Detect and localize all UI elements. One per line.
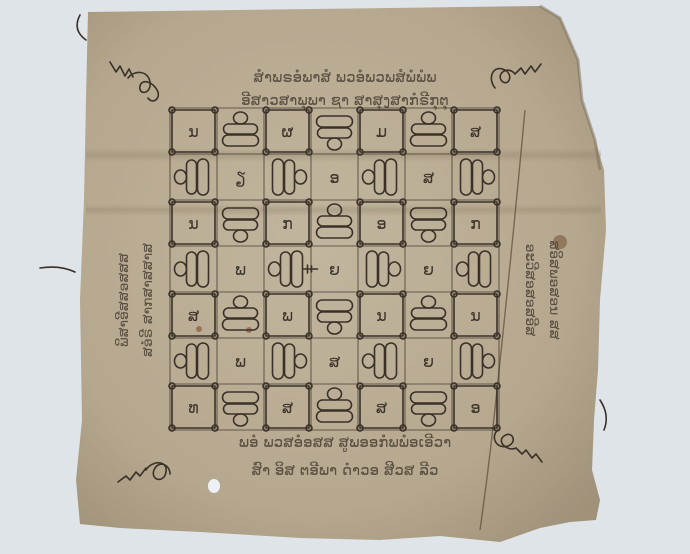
grid-cell-r1-c3: ອ — [329, 168, 339, 187]
cell-glyph: ສ — [282, 398, 294, 417]
top-text-line-2: ອີສາວສາພຸພາ ຊາ ສາສຸງສາກໍຣີກຸຕຸ — [241, 91, 449, 111]
cell-glyph: ອ — [329, 168, 339, 187]
cell-glyph: ອ — [376, 214, 386, 233]
right-text-line-2: ສອິສພອສອນ ສສ — [546, 240, 563, 339]
left-text-line-2: ສອໍຣີ ສາກສາສສາສ — [139, 243, 156, 357]
cell-glyph: ນ — [470, 306, 481, 325]
cell-glyph: ອ — [470, 398, 480, 417]
cell-glyph: ນ — [376, 306, 387, 325]
yantra-photo: ນຜມສຽອສນກອກພຍຍສພນນພສຍທສສອ ສໍາພຣອໍພາສໍ ພວ… — [0, 0, 690, 554]
cell-glyph: ສ — [470, 122, 482, 141]
cell-glyph: ພ — [235, 352, 246, 371]
cell-glyph: ມ — [376, 122, 387, 141]
grid-cell-r5-c1: ພ — [235, 352, 246, 371]
cell-glyph: ຍ — [329, 260, 340, 279]
grid-cell-r1-c5: ສ — [423, 168, 435, 187]
cell-glyph: ພ — [282, 306, 293, 325]
bottom-text-line-2: ສົາ ອິສ ຕອີພາ ດໍາວອ ສີວສ ລີວ — [252, 461, 439, 479]
cell-glyph: ສ — [188, 306, 200, 325]
cell-glyph: ທ — [188, 398, 198, 417]
cell-glyph: ກ — [282, 214, 293, 233]
cell-glyph: ກ — [470, 214, 481, 233]
cell-glyph: ນ — [188, 214, 199, 233]
cell-glyph: ພ — [235, 260, 246, 279]
grid-cell-r5-c5: ຍ — [423, 352, 434, 371]
cell-glyph: ຍ — [423, 352, 434, 371]
cell-glyph: ສ — [329, 352, 341, 371]
right-text-line-1: ອະວີສອສອສອີສ — [522, 244, 539, 337]
cell-glyph: ຜ — [282, 122, 294, 141]
cell-glyph: ນ — [188, 122, 199, 141]
grid-cell-r3-c1: ພ — [235, 260, 246, 279]
bottom-text-line-1: ພອໍ ພວສອໍອສສ ສູພອອກໍພພໍອເອີວາ — [239, 433, 451, 452]
top-text-line-1: ສໍາພຣອໍພາສໍ ພວອໍພວພສໍພໍພໍພ — [253, 68, 436, 86]
cell-glyph: ສ — [423, 168, 435, 187]
grid-cell-r5-c3: ສ — [329, 352, 341, 371]
fold-line — [86, 148, 601, 162]
grid-cell-r3-c5: ຍ — [423, 260, 434, 279]
cell-glyph: ຽ — [235, 168, 246, 187]
cell-glyph: ສ — [376, 398, 388, 417]
cell-glyph: ຍ — [423, 260, 434, 279]
grid-cell-r1-c1: ຽ — [235, 168, 246, 187]
fold-line — [86, 204, 601, 216]
hole — [208, 479, 220, 493]
grid-cell-r3-c3: ຍ — [329, 260, 340, 279]
left-text-line-1: ພິສາອີສສອສສສ — [115, 253, 132, 347]
stain — [196, 326, 202, 332]
